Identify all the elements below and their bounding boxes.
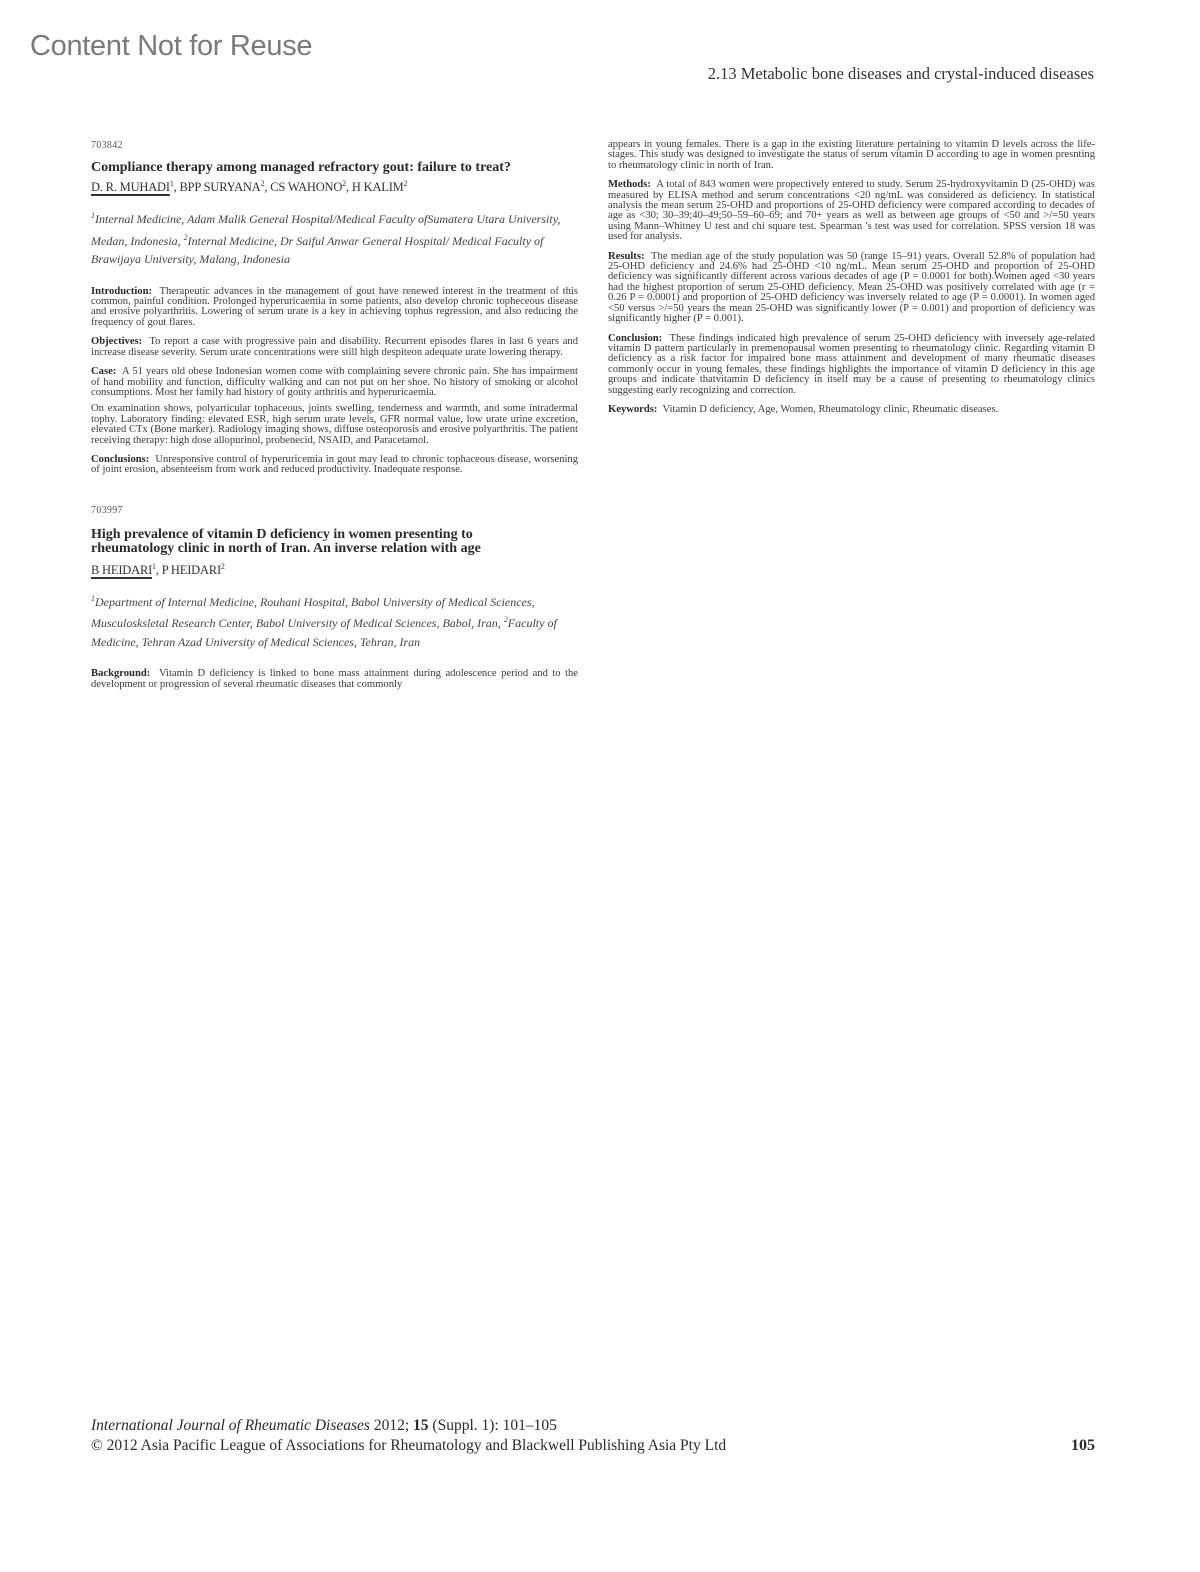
section-text: Vitamin D deficiency, Age, Women, Rheuma… xyxy=(663,404,999,415)
affil-sup: 2 xyxy=(221,562,225,571)
abstract-703997: 703997 High prevalence of vitamin D defi… xyxy=(91,505,578,690)
section-label: Case: xyxy=(91,366,116,377)
section-label: Results: xyxy=(608,251,645,262)
section-label: Conclusions: xyxy=(91,454,149,465)
affiliations: 1Department of Internal Medicine, Rouhan… xyxy=(91,590,561,652)
affil-sup: 2 xyxy=(261,179,265,188)
abstract-title: High prevalence of vitamin D deficiency … xyxy=(91,528,551,556)
section-examination: On examination shows, polyarticular toph… xyxy=(91,404,578,446)
section-text: Unresponsive control of hyperuricemia in… xyxy=(91,454,578,475)
abstract-title: Compliance therapy among managed refract… xyxy=(91,161,578,175)
journal-volume: 15 xyxy=(413,1417,429,1434)
section-label: Introduction: xyxy=(91,286,152,297)
affil-sup: 2 xyxy=(342,179,346,188)
section-background-continued: appears in young females. There is a gap… xyxy=(608,140,1095,171)
section-text: Vitamin D deficiency is linked to bone m… xyxy=(91,668,578,689)
section-case: Case: A 51 years old obese Indonesian wo… xyxy=(91,367,578,398)
affiliation: Department of Internal Medicine, Rouhani… xyxy=(91,595,535,631)
section-conclusions: Conclusions: Unresponsive control of hyp… xyxy=(91,455,578,476)
watermark: Content Not for Reuse xyxy=(30,30,312,63)
running-head: 2.13 Metabolic bone diseases and crystal… xyxy=(662,64,1094,84)
affil-sup: 2 xyxy=(404,179,408,188)
author: CS WAHONO xyxy=(270,180,342,194)
citation-line: International Journal of Rheumatic Disea… xyxy=(91,1416,1095,1436)
page-footer: International Journal of Rheumatic Disea… xyxy=(91,1416,1095,1456)
section-background: Background: Vitamin D deficiency is link… xyxy=(91,669,578,690)
affil-sup: 1 xyxy=(152,562,156,571)
section-results: Results: The median age of the study pop… xyxy=(608,252,1095,325)
section-text: These findings indicated high prevalence… xyxy=(608,333,1095,396)
section-objectives: Objectives: To report a case with progre… xyxy=(91,337,578,358)
section-text: On examination shows, polyarticular toph… xyxy=(91,403,578,445)
abstract-id: 703842 xyxy=(91,140,578,151)
section-text: The median age of the study population w… xyxy=(608,251,1095,324)
affil-sup: 1 xyxy=(170,179,174,188)
presenting-author: D. R. MUHADI xyxy=(91,180,170,194)
author-list: B HEIDARI1, P HEIDARI2 xyxy=(91,562,578,578)
journal-issue-pages: (Suppl. 1): 101–105 xyxy=(429,1417,557,1434)
section-label: Background: xyxy=(91,668,150,679)
copyright-line: © 2012 Asia Pacific League of Associatio… xyxy=(91,1436,1095,1456)
journal-year: 2012; xyxy=(370,1417,413,1434)
section-label: Objectives: xyxy=(91,336,142,347)
section-text: A total of 843 women were propectively e… xyxy=(608,179,1095,242)
abstract-703842: 703842 Compliance therapy among managed … xyxy=(91,140,578,476)
section-introduction: Introduction: Therapeutic advances in th… xyxy=(91,287,578,329)
section-label: Methods: xyxy=(608,179,651,190)
section-conclusion: Conclusion: These findings indicated hig… xyxy=(608,334,1095,396)
section-label: Keywords: xyxy=(608,404,657,415)
left-column: 703842 Compliance therapy among managed … xyxy=(91,140,578,699)
section-text: Therapeutic advances in the management o… xyxy=(91,286,578,328)
section-text: A 51 years old obese Indonesian women co… xyxy=(91,366,578,398)
author: H KALIM xyxy=(352,180,404,194)
author-list: D. R. MUHADI1, BPP SURYANA2, CS WAHONO2,… xyxy=(91,179,578,195)
section-text: appears in young females. There is a gap… xyxy=(608,139,1095,171)
abstract-id: 703997 xyxy=(91,505,578,516)
right-column: appears in young females. There is a gap… xyxy=(608,140,1095,424)
page-number: 105 xyxy=(1071,1436,1095,1456)
section-label: Conclusion: xyxy=(608,333,662,344)
section-methods: Methods: A total of 843 women were prope… xyxy=(608,180,1095,242)
section-text: To report a case with progressive pain a… xyxy=(91,336,578,357)
affiliations: 1Internal Medicine, Adam Malik General H… xyxy=(91,207,578,269)
author: BPP SURYANA xyxy=(180,180,261,194)
section-keywords: Keywords: Vitamin D deficiency, Age, Wom… xyxy=(608,405,1095,415)
presenting-author: B HEIDARI xyxy=(91,563,152,577)
author: P HEIDARI xyxy=(162,563,221,577)
journal-name: International Journal of Rheumatic Disea… xyxy=(91,1417,370,1434)
